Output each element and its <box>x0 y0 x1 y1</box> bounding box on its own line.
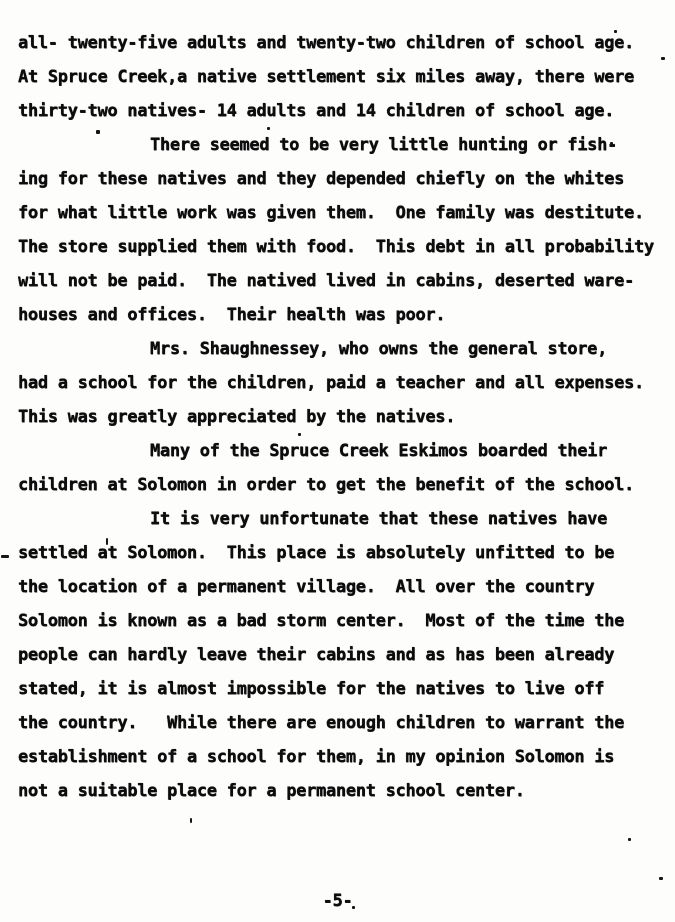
text-line: It is very unfortunate that these native… <box>18 502 668 536</box>
text-line: had a school for the children, paid a te… <box>18 366 668 400</box>
text-line: The store supplied them with food. This … <box>18 230 668 264</box>
text-line: Many of the Spruce Creek Eskimos boarded… <box>18 434 668 468</box>
scanned-document-page: all- twenty-five adults and twenty-two c… <box>0 0 675 922</box>
scan-speckle <box>298 433 301 436</box>
text-line: establishment of a school for them, in m… <box>18 740 668 774</box>
text-line: people can hardly leave their cabins and… <box>18 638 668 672</box>
text-line: for what little work was given them. One… <box>18 196 668 230</box>
scan-speckle <box>610 142 613 145</box>
text-line: Solomon is known as a bad storm center. … <box>18 604 668 638</box>
scan-speckle <box>267 127 270 130</box>
scan-speckle <box>659 877 663 880</box>
scan-speckle <box>96 130 100 134</box>
scan-speckle <box>190 818 192 823</box>
text-line: children at Solomon in order to get the … <box>18 468 668 502</box>
scan-speckle <box>614 30 617 33</box>
scan-speckle <box>1 555 9 558</box>
text-line: will not be paid. The natived lived in c… <box>18 264 668 298</box>
text-line: houses and offices. Their health was poo… <box>18 298 668 332</box>
text-line: stated, it is almost impossible for the … <box>18 672 668 706</box>
text-line: not a suitable place for a permanent sch… <box>18 774 668 808</box>
text-line: the location of a permanent village. All… <box>18 570 668 604</box>
page-number: -5- <box>0 889 675 913</box>
text-line: settled at Solomon. This place is absolu… <box>18 536 668 570</box>
text-line: ing for these natives and they depended … <box>18 162 668 196</box>
text-line: the country. While there are enough chil… <box>18 706 668 740</box>
scan-speckle <box>352 906 355 909</box>
scan-speckle <box>661 57 665 60</box>
text-line: thirty-two natives- 14 adults and 14 chi… <box>18 94 668 128</box>
scan-speckle <box>628 838 631 841</box>
text-line: This was greatly appreciated by the nati… <box>18 400 668 434</box>
text-line: There seemed to be very little hunting o… <box>18 128 668 162</box>
text-line: all- twenty-five adults and twenty-two c… <box>18 26 668 60</box>
text-line: Mrs. Shaughnessey, who owns the general … <box>18 332 668 366</box>
text-line: At Spruce Creek,a native settlement six … <box>18 60 668 94</box>
scan-speckle <box>106 538 108 545</box>
scan-speckle <box>575 244 578 247</box>
document-body: all- twenty-five adults and twenty-two c… <box>18 26 668 808</box>
